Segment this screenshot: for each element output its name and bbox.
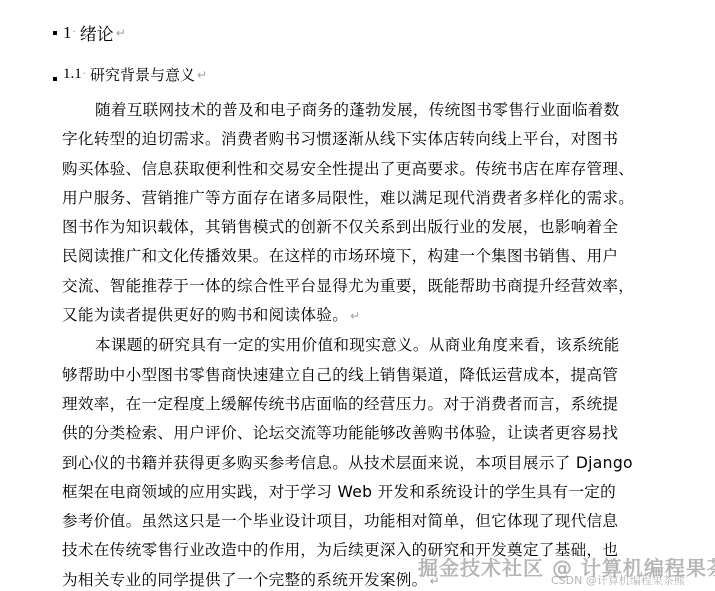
text-line-content: 又能为读者提供更好的购书和阅读体验。 (62, 306, 348, 324)
space-mark: · (73, 27, 76, 38)
text-line: 又能为读者提供更好的购书和阅读体验。↵ (62, 301, 710, 331)
text-line-content: 为相关专业的同学提供了一个完整的系统开发案例。 (62, 571, 428, 589)
document-page: 1 · 绪论 ↵ 1.1 · 研究背景与意义 ↵ 随着互联网技术的普及和电子商务… (0, 0, 715, 591)
list-bullet-icon (53, 31, 57, 35)
text-line: 用户服务、营销推广等方面存在诸多局限性，难以满足现代消费者多样化的需求。 (62, 184, 710, 213)
list-bullet-icon (53, 77, 57, 81)
heading-title: 绪论 (80, 20, 114, 45)
text-line: 够帮助中小型图书零售商快速建立自己的线上销售渠道，降低运营成本，提高管 (62, 361, 710, 390)
heading-number: 1.1 (63, 66, 82, 83)
text-line: 随着互联网技术的普及和电子商务的蓬勃发展，传统图书零售行业面临着数 (62, 96, 710, 125)
body-text[interactable]: 随着互联网技术的普及和电子商务的蓬勃发展，传统图书零售行业面临着数 字化转型的迫… (62, 96, 710, 591)
text-line: 购买体验、信息获取便利性和交易安全性提出了更高要求。传统书店在库存管理、 (62, 155, 710, 184)
text-line: 本课题的研究具有一定的实用价值和现实意义。从商业角度来看，该系统能 (62, 331, 710, 360)
text-line: 框架在电商领域的应用实践，对于学习 Web 开发和系统设计的学生具有一定的 (62, 478, 710, 507)
text-line: 理效率，在一定程度上缓解传统书店面临的经营压力。对于消费者而言，系统提 (62, 390, 710, 419)
text-line: 到心仪的书籍并获得更多购买参考信息。从技术层面来说，本项目展示了 Django (62, 449, 710, 478)
heading-number: 1 (63, 23, 72, 43)
heading-level-2[interactable]: 1.1 · 研究背景与意义 ↵ (53, 64, 207, 85)
text-line: 字化转型的迫切需求。消费者购书习惯逐渐从线下实体店转向线上平台，对图书 (62, 125, 710, 154)
text-line: 图书作为知识载体，其销售模式的创新不仅关系到出版行业的发展，也影响着全 (62, 213, 710, 242)
paragraph-background[interactable]: 随着互联网技术的普及和电子商务的蓬勃发展，传统图书零售行业面临着数 字化转型的迫… (62, 96, 710, 331)
heading-level-1[interactable]: 1 · 绪论 ↵ (53, 20, 126, 45)
text-line: 交流、智能推荐于一体的综合性平台显得尤为重要，既能帮助书商提升经营效率， (62, 272, 710, 301)
text-line: 参考价值。虽然这只是一个毕业设计项目，功能相对简单，但它体现了现代信息 (62, 507, 710, 536)
heading-title: 研究背景与意义 (90, 64, 195, 85)
paragraph-mark-icon: ↵ (197, 68, 207, 82)
watermark-secondary: CSDN @计算机编程果茶熊 (551, 572, 685, 588)
text-line: 民阅读推广和文化传播效果。在这样的市场环境下，构建一个集图书销售、用户 (62, 242, 710, 271)
paragraph-mark-icon: ↵ (116, 26, 126, 40)
space-mark: · (83, 69, 86, 80)
paragraph-mark-icon: ↵ (350, 309, 360, 323)
text-line: 供的分类检索、用户评价、论坛交流等功能能够改善购书体验，让读者更容易找 (62, 419, 710, 448)
